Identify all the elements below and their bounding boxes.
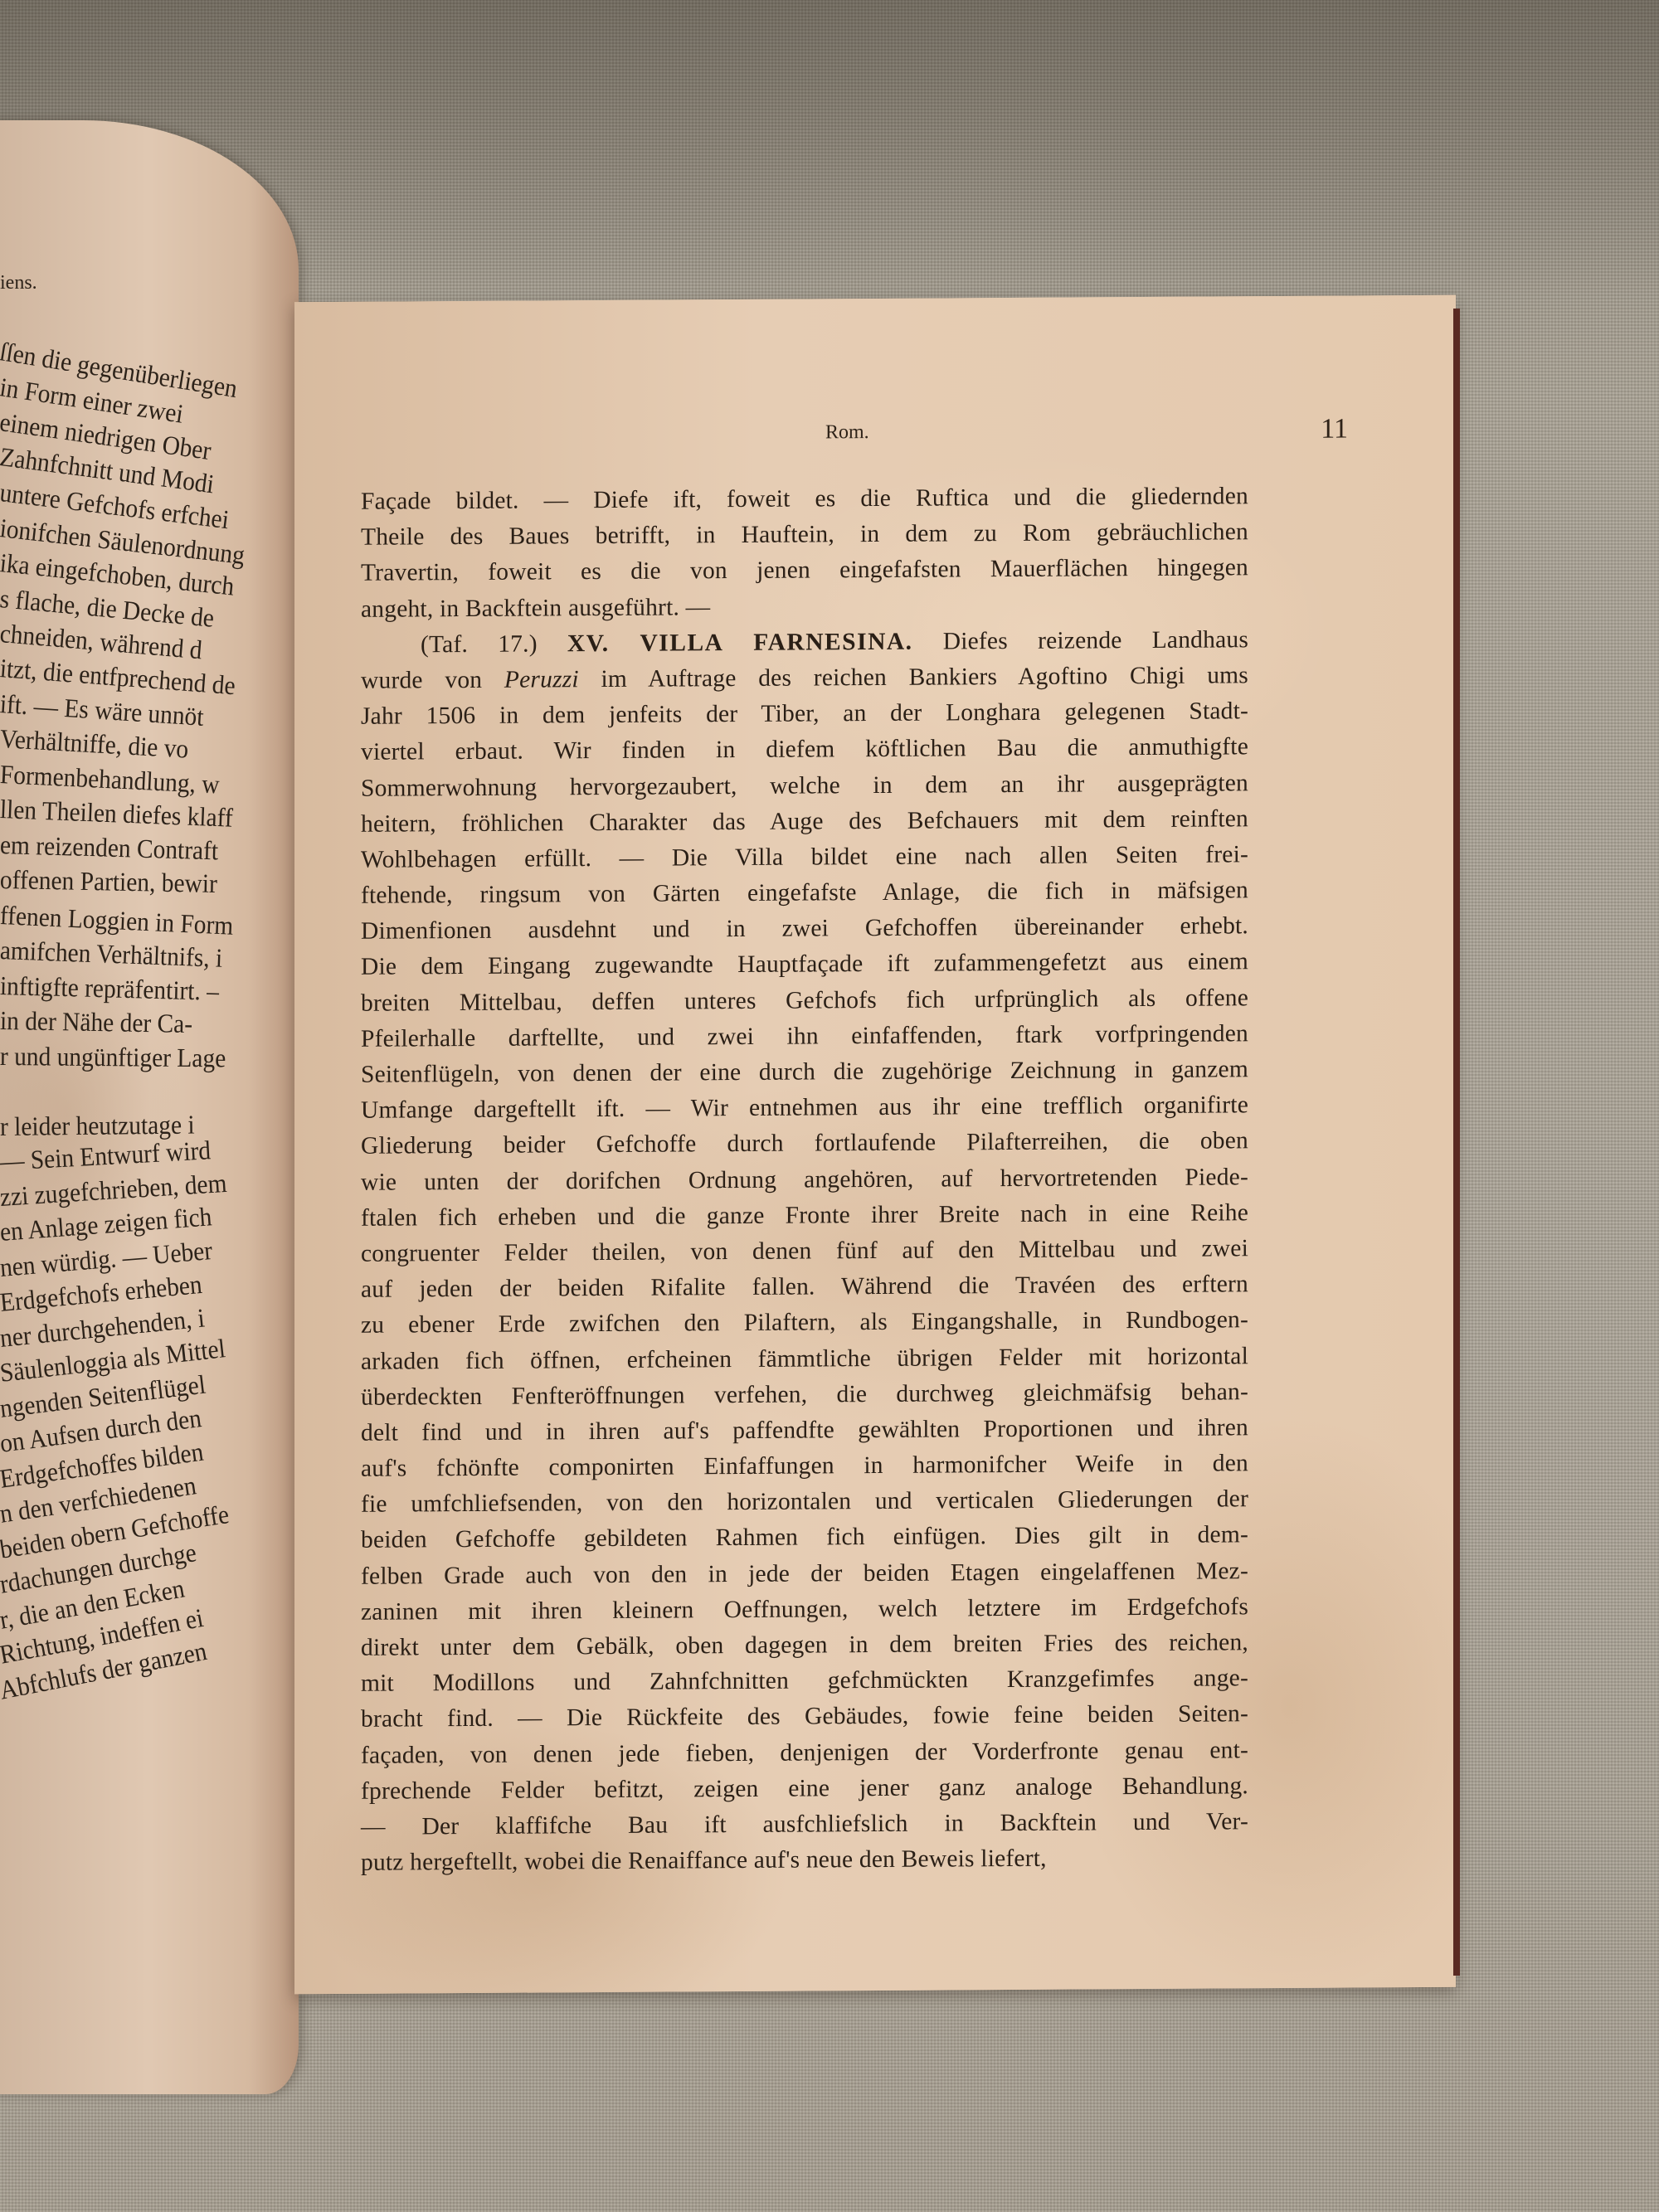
text-line: angeht, in Backftein ausgeführt. — [361,586,1248,628]
left-text-line: r und ungünftiger Lage [0,1041,226,1073]
text-line: façaden, von denen jede fieben, denjenig… [361,1733,1248,1774]
text-line: Gliederung beider Gefchoffe durch fortla… [361,1124,1248,1165]
text-line: Sommerwohnung hervorgezaubert, welche in… [361,766,1248,807]
text-line: zaninen mit ihren kleinern Oeffnungen, w… [361,1589,1248,1631]
text-line: congruenter Felder theilen, von denen fü… [361,1231,1248,1272]
text-line: Pfeilerhalle darftellte, und zwei ihn ei… [361,1016,1248,1057]
text-line: — Der klaffifche Bau ift ausfchliefslich… [361,1804,1248,1845]
running-head: Rom. [825,421,869,444]
text-line: direkt unter dem Gebälk, oben dagegen in… [361,1625,1248,1666]
left-page: iens. ſſen die gegenüberliegenin Form ei… [0,120,299,2094]
text-line: arkaden fich öffnen, erfcheinen fämmtlic… [361,1339,1248,1380]
left-text-line: amifchen Verhältnifs, i [0,935,223,974]
body-text: Façade bildet. — Diefe ift, foweit es di… [361,479,1248,1881]
text-line: Façade bildet. — Diefe ift, foweit es di… [361,479,1248,520]
left-text-line: llen Theilen diefes klaff [0,794,233,834]
text-line: felben Grade auch von den in jede der be… [361,1553,1248,1595]
text-line: überdeckten Fenfteröffnungen verfehen, d… [361,1374,1248,1416]
text-line: viertel erbaut. Wir finden in diefem köf… [361,730,1248,771]
left-running-head: iens. [0,272,37,294]
text-line: Die dem Eingang zugewandte Hauptfaçade i… [361,945,1248,986]
text-line: wie unten der dorifchen Ordnung angehöre… [361,1159,1248,1201]
text-line: (Taf. 17.) XV. VILLA FARNESINA. Diefes r… [361,622,1248,664]
left-text-line: offenen Partien, bewir [0,864,217,899]
book-cover-edge [1453,309,1460,1976]
text-line: Travertin, foweit es die von jenen einge… [361,551,1248,592]
text-line: zu ebener Erde zwifchen den Pilaftern, a… [361,1303,1248,1344]
text-line: auf's fchönfte componirten Einfaffungen … [361,1446,1248,1487]
right-page: Rom. 11 Façade bildet. — Diefe ift, fowe… [294,295,1456,1995]
text-line: ftalen fich erheben und die ganze Fronte… [361,1195,1248,1237]
text-line: Theile des Baues betrifft, in Hauftein, … [361,514,1248,556]
text-line: Jahr 1506 in dem jenfeits der Tiber, an … [361,693,1248,735]
text-line: putz hergeftellt, wobei die Renaiffance … [361,1840,1248,1881]
text-line: Umfange dargeftellt ift. — Wir entnehmen… [361,1087,1248,1129]
left-text-line: in der Nähe der Ca- [0,1005,192,1039]
left-text-line: em reizenden Contraft [0,829,219,866]
text-line: Wohlbehagen erfüllt. — Die Villa bildet … [361,837,1248,878]
text-line: bracht find. — Die Rückfeite des Gebäude… [361,1697,1248,1738]
text-line: heitern, fröhlichen Charakter das Auge d… [361,801,1248,843]
text-line: beiden Gefchoffe gebildeten Rahmen fich … [361,1518,1248,1559]
left-text-line: inftigfte repräfentirt. – [0,970,219,1007]
text-line: breiten Mittelbau, deffen unteres Gefcho… [361,980,1248,1022]
architect-name: Peruzzi [504,666,579,693]
text-line: fprechende Felder befitzt, zeigen eine j… [361,1768,1248,1810]
left-text-line: ffenen Loggien in Form [0,900,234,941]
plate-reference: (Taf. 17.) [421,630,567,658]
text-line: fie umfchliefsenden, von den horizontale… [361,1482,1248,1524]
section-heading: XV. VILLA FARNESINA. [567,628,913,657]
text-line: auf jeden der beiden Rifalite fallen. Wä… [361,1266,1248,1308]
page-number: 11 [1321,414,1348,445]
page-header: Rom. 11 [361,419,1348,458]
text-line: mit Modillons und Zahnfchnitten gefchmüc… [361,1660,1248,1702]
text-line: Dimenfionen ausdehnt und in zwei Gefchof… [361,909,1248,950]
heading-lead-text: Diefes reizende Landhaus [913,626,1248,654]
text-line: Seitenflügeln, von denen der eine durch … [361,1052,1248,1093]
text-line: delt find und in ihren auf's paffendfte … [361,1410,1248,1451]
text-line: wurde von Peruzzi im Auftrage des reiche… [361,658,1248,699]
text-line: ftehende, ringsum von Gärten eingefafste… [361,873,1248,914]
left-text-line: Formenbehandlung, w [0,759,220,800]
